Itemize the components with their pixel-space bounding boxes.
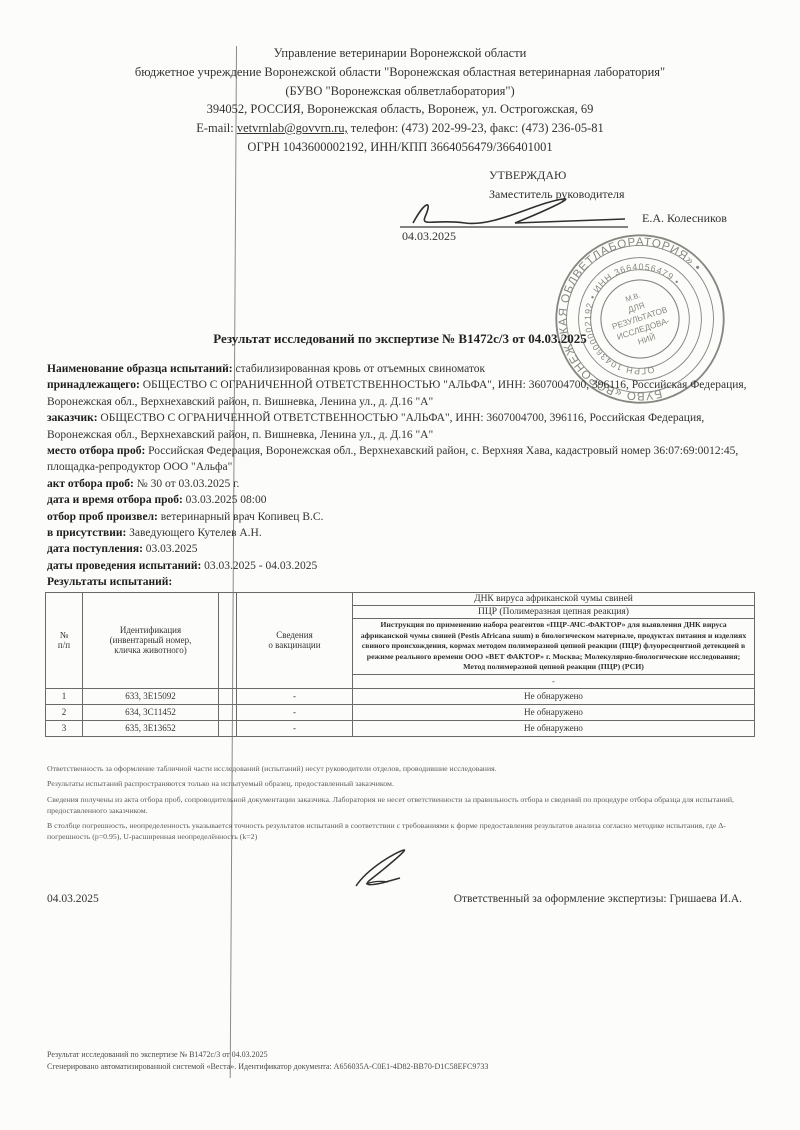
detail-value: ОБЩЕСТВО С ОГРАНИЧЕННОЙ ОТВЕТСТВЕННОСТЬЮ… — [47, 379, 747, 407]
row-num: 1 — [46, 688, 83, 704]
col-header-num: № п/п — [46, 593, 83, 689]
org-contacts: E-mail: vetvrnlab@govvrn.ru, телефон: (4… — [70, 119, 730, 138]
footnote: Сведения получены из акта отбора проб, с… — [47, 794, 753, 817]
phone-fax: телефон: (473) 202-99-23, факс: (473) 23… — [351, 121, 604, 135]
detail-line: дата и время отбора проб: 03.03.2025 08:… — [47, 492, 755, 508]
row-empty — [219, 704, 237, 720]
detail-label: в присутствии: — [47, 527, 126, 539]
detail-line: Результаты испытаний: — [47, 574, 755, 590]
org-address: 394052, РОССИЯ, Воронежская область, Вор… — [70, 100, 730, 119]
detail-line: даты проведения испытаний: 03.03.2025 - … — [47, 558, 755, 574]
detail-value: Российская Федерация, Воронежская обл., … — [47, 445, 738, 473]
detail-value: стабилизированная кровь от отъемных свин… — [236, 363, 486, 375]
footnotes: Ответственность за оформление табличной … — [47, 763, 753, 847]
row-empty — [219, 720, 237, 736]
footer-generated-by: Сгенерировано автоматизированной системо… — [47, 1061, 753, 1073]
detail-label: отбор проб произвел: — [47, 511, 158, 523]
page-footer: Результат исследований по экспертизе № В… — [47, 1049, 753, 1073]
results-table: № п/п Идентификация (инвентарный номер, … — [45, 592, 755, 737]
org-name: бюджетное учреждение Воронежской области… — [70, 63, 730, 82]
table-row: 3 635, 3Е13652 - Не обнаружено — [46, 720, 755, 736]
detail-value: № 30 от 03.03.2025 г. — [137, 478, 240, 490]
detail-value: 03.03.2025 — [146, 543, 198, 555]
col-header-empty — [219, 593, 237, 689]
approver-name: Е.А. Колесников — [642, 211, 727, 226]
org-ogrn-inn: ОГРН 1043600002192, ИНН/КПП 3664056479/3… — [70, 138, 730, 157]
detail-value: Заведующего Кутелев А.Н. — [129, 527, 262, 539]
row-num: 2 — [46, 704, 83, 720]
footnote: В столбце погрешность, неопределенность … — [47, 820, 753, 843]
row-id: 635, 3Е13652 — [83, 720, 219, 736]
org-short-name: (БУВО "Воронежская облветлаборатория") — [70, 82, 730, 101]
method-instruction: Инструкция по применению набора реагенто… — [353, 619, 755, 675]
row-id: 633, 3Е15092 — [83, 688, 219, 704]
document-page: Управление ветеринарии Воронежской облас… — [0, 0, 800, 1130]
detail-line: дата поступления: 03.03.2025 — [47, 541, 755, 557]
letterhead: Управление ветеринарии Воронежской облас… — [70, 44, 730, 157]
email-label: E-mail: — [196, 121, 234, 135]
detail-value: ветеринарный врач Копивец В.С. — [161, 511, 324, 523]
row-num: 3 — [46, 720, 83, 736]
row-vaccination: - — [237, 704, 353, 720]
row-vaccination: - — [237, 688, 353, 704]
detail-line: отбор проб произвел: ветеринарный врач К… — [47, 509, 755, 525]
detail-label: принадлежащего: — [47, 379, 140, 391]
row-id: 634, 3С11452 — [83, 704, 219, 720]
document-title: Результат исследований по экспертизе № В… — [0, 331, 800, 347]
email-link[interactable]: vetvrnlab@govvrn.ru, — [237, 121, 348, 135]
org-authority: Управление ветеринарии Воронежской облас… — [70, 44, 730, 63]
method-sub-header: ПЦР (Полимеразная цепная реакция) — [353, 606, 755, 619]
method-dash-cell: - — [353, 674, 755, 688]
responsible-signature — [348, 848, 418, 893]
approval-date: 04.03.2025 — [402, 229, 456, 244]
col-header-vaccination: Сведения о вакцинации — [237, 593, 353, 689]
detail-value: ОБЩЕСТВО С ОГРАНИЧЕННОЙ ОТВЕТСТВЕННОСТЬЮ… — [47, 412, 704, 440]
detail-line: место отбора проб: Российская Федерация,… — [47, 443, 755, 476]
detail-line: Наименование образца испытаний: стабилиз… — [47, 361, 755, 377]
detail-label: дата и время отбора проб: — [47, 494, 183, 506]
row-result: Не обнаружено — [353, 704, 755, 720]
detail-label: Наименование образца испытаний: — [47, 363, 233, 375]
sample-details: Наименование образца испытаний: стабилиз… — [47, 361, 755, 591]
signoff-date: 04.03.2025 — [47, 893, 99, 905]
detail-line: в присутствии: Заведующего Кутелев А.Н. — [47, 525, 755, 541]
row-vaccination: - — [237, 720, 353, 736]
method-group-header: ДНК вируса африканской чумы свиней — [353, 593, 755, 606]
row-result: Не обнаружено — [353, 720, 755, 736]
row-result: Не обнаружено — [353, 688, 755, 704]
detail-label: дата поступления: — [47, 543, 143, 555]
detail-value: 03.03.2025 08:00 — [186, 494, 267, 506]
detail-label: акт отбора проб: — [47, 478, 134, 490]
detail-label: даты проведения испытаний: — [47, 560, 201, 572]
detail-value: 03.03.2025 - 04.03.2025 — [204, 560, 317, 572]
detail-line: заказчик: ОБЩЕСТВО С ОГРАНИЧЕННОЙ ОТВЕТС… — [47, 410, 755, 443]
detail-line: акт отбора проб: № 30 от 03.03.2025 г. — [47, 476, 755, 492]
col-header-identification: Идентификация (инвентарный номер, кличка… — [83, 593, 219, 689]
table-row: 2 634, 3С11452 - Не обнаружено — [46, 704, 755, 720]
detail-label: место отбора проб: — [47, 445, 145, 457]
footnote: Ответственность за оформление табличной … — [47, 763, 753, 774]
table-row: 1 633, 3Е15092 - Не обнаружено — [46, 688, 755, 704]
row-empty — [219, 688, 237, 704]
footnote: Результаты испытаний распространяются то… — [47, 778, 753, 789]
detail-label: Результаты испытаний: — [47, 576, 172, 588]
footer-expertise-ref: Результат исследований по экспертизе № В… — [47, 1049, 753, 1061]
approval-word: УТВЕРЖДАЮ — [489, 166, 625, 185]
detail-line: принадлежащего: ОБЩЕСТВО С ОГРАНИЧЕННОЙ … — [47, 377, 755, 410]
responsible-person: Ответственный за оформление экспертизы: … — [454, 893, 742, 905]
detail-label: заказчик: — [47, 412, 98, 424]
